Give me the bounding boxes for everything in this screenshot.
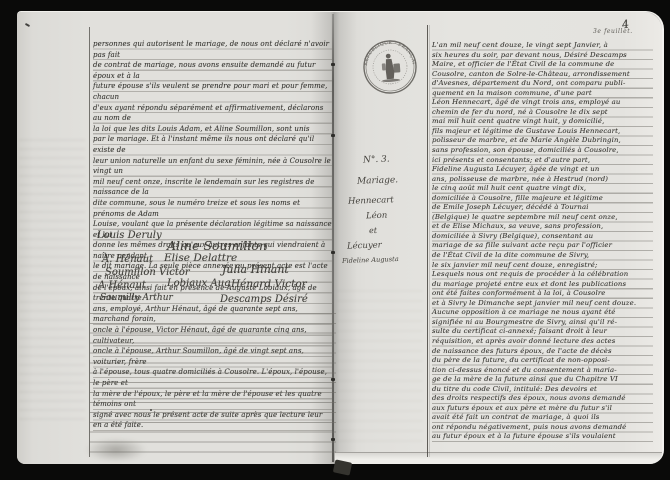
svg-text:· ·: · · (389, 82, 394, 87)
seal-base-text: · · (389, 82, 394, 87)
ink-bleed-through-right-margin (337, 282, 423, 442)
page-stack-edge (335, 452, 662, 464)
signature-witness: A Hénaut (98, 280, 146, 291)
ink-bleed-through-left (19, 132, 85, 422)
book-spread: personnes qui autorisent le mariage, de … (17, 11, 664, 464)
margin-bride-surname: Lécuyer (347, 240, 382, 251)
signature-groom: Louis Deruly (97, 230, 162, 241)
margin-groom-surname: Hennecart (348, 195, 394, 207)
signature-witness: Hénard Victor (231, 278, 307, 290)
empty-ruled-lines (90, 304, 336, 454)
signature-witness: Soumillon Victor (105, 267, 190, 278)
right-margin-rule (427, 25, 428, 457)
scanned-register-spread: personnes qui autorisent le mariage, de … (0, 0, 670, 480)
signature-witness: Julia Hinant (222, 263, 289, 276)
signature-witness: Soumilly Arthur (100, 293, 173, 303)
paper-smudge (85, 438, 147, 462)
margin-groom-given: Léon (366, 211, 388, 222)
signature-witness: Lobiaux Aug (167, 278, 231, 289)
signature-witness: A. Hénaut (102, 254, 153, 265)
binding-tab (333, 459, 352, 475)
republique-francaise-seal-icon: RÉPUBLIQUE · FRANÇAISE · · (360, 37, 420, 97)
margin-act-type: Mariage. (357, 175, 398, 186)
seal-figure (380, 53, 401, 83)
right-page-act-text: L'an mil neuf cent douze, le vingt sept … (432, 41, 653, 442)
ink-dot (150, 409, 152, 411)
signature-bride: Aline Soumillon (167, 238, 267, 253)
margin-conjunction: et (369, 226, 377, 235)
margin-act-number: N°. 3. (363, 155, 390, 166)
